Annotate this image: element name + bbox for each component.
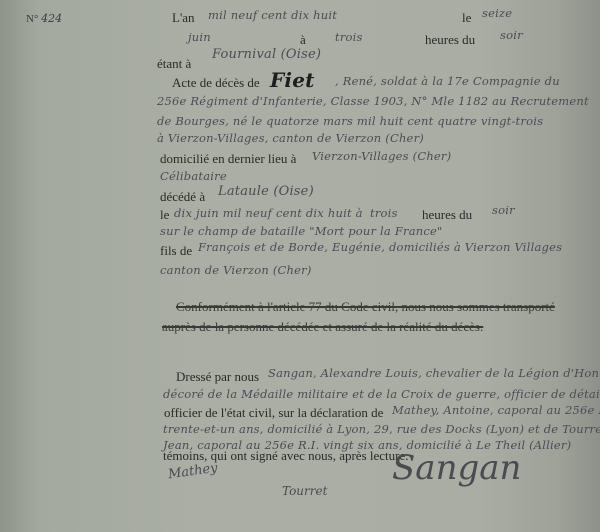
hour-handwritten: trois [335, 30, 363, 44]
death-place: Lataule (Oise) [218, 184, 314, 199]
label-acte-de-deces: Acte de décès de [172, 75, 260, 91]
label-dresse-par-nous: Dressé par nous [176, 369, 259, 385]
death-period: soir [492, 203, 515, 217]
label-le-2: le [160, 207, 169, 223]
label-officier: officier de l'état civil, sur la déclara… [164, 405, 383, 421]
death-hour: trois [370, 206, 398, 220]
acte-line1: , René, soldat à la 17e Compagnie du [335, 74, 560, 88]
officer-name: Sangan, Alexandre Louis, chevalier de la… [268, 366, 600, 380]
officer-decorations: décoré de la Médaille militaire et de la… [163, 387, 600, 401]
struck-line2: auprès de la personne décédée et assuré … [162, 319, 483, 335]
day-handwritten: seize [482, 6, 512, 20]
struck-line1: Conformément à l'article 77 du Code civi… [176, 299, 555, 315]
year-handwritten: mil neuf cent dix huit [208, 8, 337, 22]
label-le: le [462, 10, 471, 26]
period-handwritten: soir [500, 28, 523, 42]
closing-text: témoins, qui ont signé avec nous, après … [163, 448, 409, 464]
acte-line3: de Bourges, né le quatorze mars mil huit… [157, 114, 543, 128]
label-fils-de: fils de [160, 243, 192, 259]
place-handwritten: Fournival (Oise) [212, 47, 321, 62]
label-domicile: domicilié en dernier lieu à [160, 151, 296, 167]
death-date: dix juin mil neuf cent dix huit à [174, 206, 363, 220]
marital-status: Célibataire [160, 169, 227, 183]
label-heures-du-2: heures du [422, 207, 472, 223]
deceased-surname: Fiet [270, 68, 315, 92]
death-circumstance: sur le champ de bataille "Mort pour la F… [160, 224, 443, 238]
label-decede-a: décédé à [160, 189, 205, 205]
parents-value: François et de Borde, Eugénie, domicilié… [198, 240, 562, 254]
label-a: à [300, 32, 306, 48]
label-heures-du: heures du [425, 32, 475, 48]
acte-line2: 256e Régiment d'Infanterie, Classe 1903,… [157, 94, 589, 108]
label-lan: L'an [172, 10, 195, 26]
signature-tourret: Tourret [282, 484, 327, 498]
signature-sangan: Sangan [392, 448, 521, 488]
declarant-details: trente-et-un ans, domicilié à Lyon, 29, … [163, 422, 600, 436]
parents-line2: canton de Vierzon (Cher) [160, 263, 312, 277]
declarant-name: Mathey, Antoine, caporal au 256e R.I. [392, 403, 600, 417]
acte-line4: à Vierzon-Villages, canton de Vierzon (C… [157, 131, 424, 145]
month-handwritten: juin [188, 30, 211, 44]
record-number: N° 424 [26, 12, 62, 25]
label-etant-a: étant à [157, 56, 191, 72]
domicile-value: Vierzon-Villages (Cher) [312, 149, 451, 163]
civil-death-record-page: N° 424 L'an mil neuf cent dix huit le se… [0, 0, 600, 532]
